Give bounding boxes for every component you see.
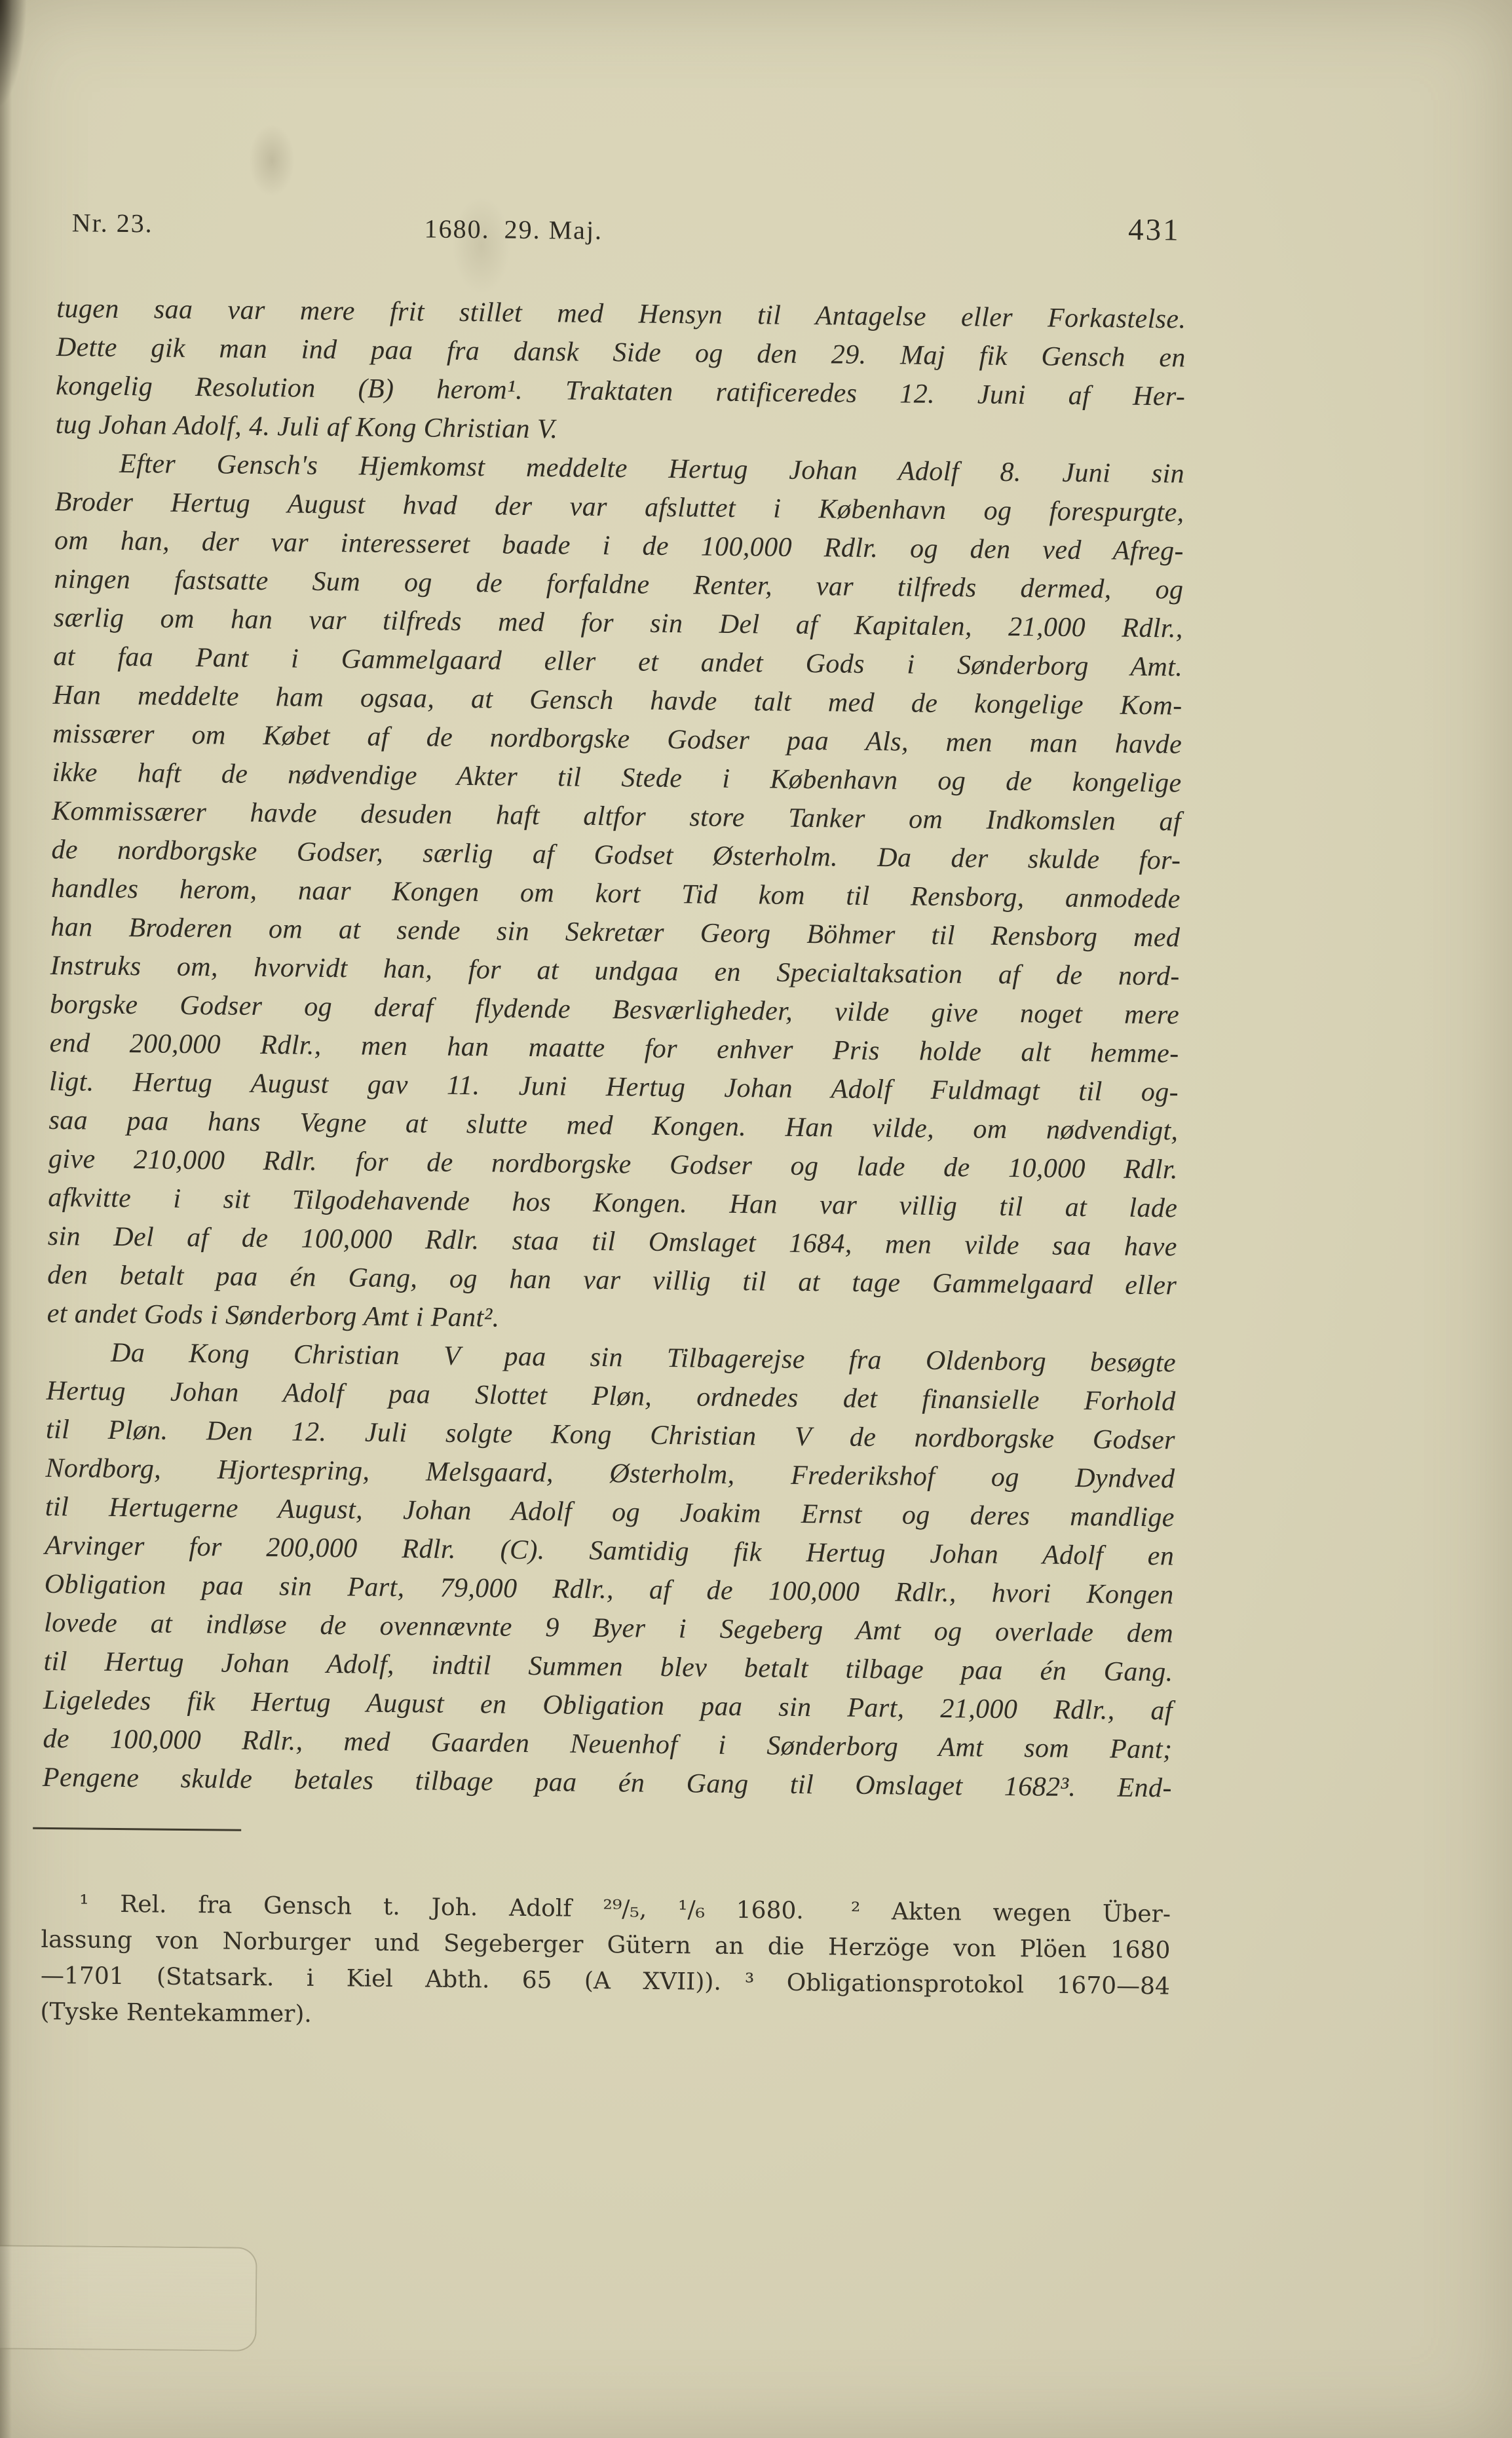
document-number: Nr. 23.	[71, 207, 153, 238]
paragraph-1: tugen saa var mere frit stillet med Hens…	[55, 290, 1186, 455]
paper-smudge	[249, 124, 295, 197]
page-content: Nr. 23. 1680. 29. Maj. 431 tugen saa var…	[40, 202, 1187, 2040]
footnote-separator-rule	[33, 1827, 241, 1831]
body-text: tugen saa var mere frit stillet med Hens…	[43, 290, 1186, 1808]
scanned-book-page: Nr. 23. 1680. 29. Maj. 431 tugen saa var…	[0, 0, 1512, 2438]
label-impression	[0, 2245, 257, 2352]
page-header: Nr. 23. 1680. 29. Maj. 431	[57, 202, 1186, 251]
date-heading: 1680. 29. Maj.	[424, 213, 603, 246]
paragraph-2: Efter Gensch's Hjemkomst meddelte Hertug…	[47, 444, 1184, 1344]
scan-corner-shadow	[0, 0, 26, 106]
page-number: 431	[1128, 212, 1181, 248]
scan-left-edge-shadow	[0, 0, 12, 2438]
footnotes: ¹ Rel. fra Gensch t. Joh. Adolf ²⁹/₅, ¹/…	[40, 1886, 1171, 2041]
paragraph-3: Da Kong Christian V paa sin Tilbagerejse…	[43, 1333, 1177, 1808]
